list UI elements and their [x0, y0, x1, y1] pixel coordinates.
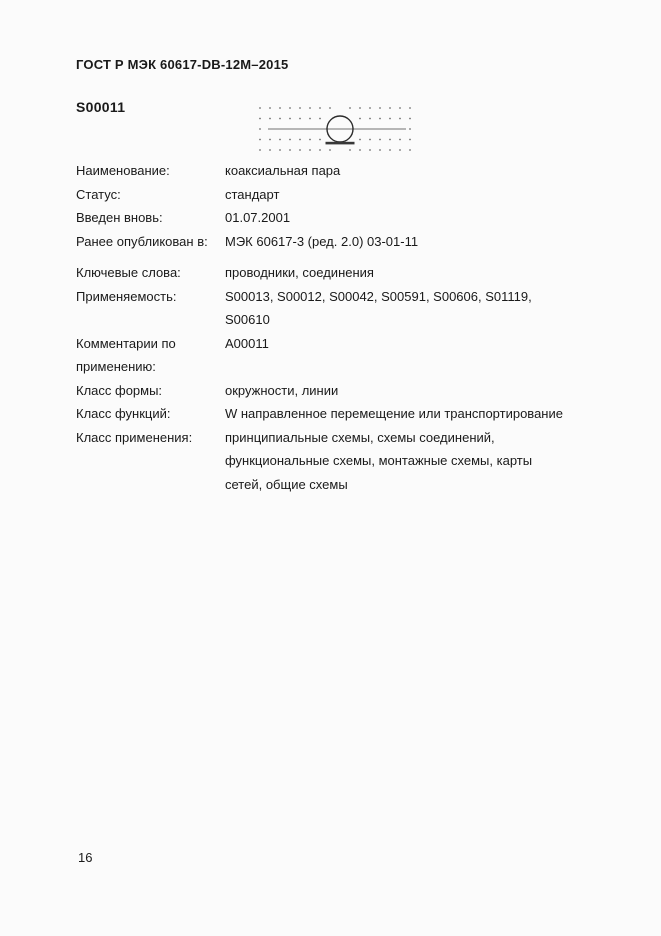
- field-row-applicability: Применяемость: S00013, S00012, S00042, S…: [76, 285, 601, 332]
- field-row-status: Статус: стандарт: [76, 183, 601, 207]
- field-row-previously-published: Ранее опубликован в: МЭК 60617-3 (ред. 2…: [76, 230, 601, 254]
- page-number: 16: [78, 850, 92, 865]
- field-value: A00011: [225, 332, 601, 356]
- symbol-id: S00011: [76, 99, 125, 115]
- field-row-function-class: Класс функций: W направленное перемещени…: [76, 402, 601, 426]
- field-row-application-comments: Комментарии по применению: A00011: [76, 332, 601, 379]
- field-row-keywords: Ключевые слова: проводники, соединения: [76, 261, 601, 285]
- document-title: ГОСТ Р МЭК 60617-DB-12M–2015: [76, 57, 288, 72]
- field-label: Применяемость:: [76, 285, 225, 309]
- field-value: проводники, соединения: [225, 261, 601, 285]
- field-value: S00013, S00012, S00042, S00591, S00606, …: [225, 285, 601, 332]
- field-row-shape-class: Класс формы: окружности, линии: [76, 379, 601, 403]
- field-value: W направленное перемещение или транспорт…: [225, 402, 601, 426]
- field-label: Класс функций:: [76, 402, 225, 426]
- field-label: Ранее опубликован в:: [76, 230, 225, 254]
- field-row-name: Наименование: коаксиальная пара: [76, 159, 601, 183]
- field-label: Класс применения:: [76, 426, 225, 450]
- field-label: Введен вновь:: [76, 206, 225, 230]
- field-list: Наименование: коаксиальная пара Статус: …: [76, 159, 601, 496]
- coaxial-pair-symbol-icon: [256, 100, 412, 156]
- field-label: Класс формы:: [76, 379, 225, 403]
- field-value: коаксиальная пара: [225, 159, 601, 183]
- field-row-introduced: Введен вновь: 01.07.2001: [76, 206, 601, 230]
- field-value: стандарт: [225, 183, 601, 207]
- field-value: МЭК 60617-3 (ред. 2.0) 03-01-11: [225, 230, 601, 254]
- document-page: ГОСТ Р МЭК 60617-DB-12M–2015 S00011 Наим…: [0, 0, 661, 936]
- field-value: окружности, линии: [225, 379, 601, 403]
- field-row-application-class: Класс применения: принципиальные схемы, …: [76, 426, 601, 497]
- field-label: Статус:: [76, 183, 225, 207]
- field-label: Наименование:: [76, 159, 225, 183]
- field-label: Комментарии по применению:: [76, 332, 225, 379]
- field-value: 01.07.2001: [225, 206, 601, 230]
- field-label: Ключевые слова:: [76, 261, 225, 285]
- field-value: принципиальные схемы, схемы соединений, …: [225, 426, 601, 497]
